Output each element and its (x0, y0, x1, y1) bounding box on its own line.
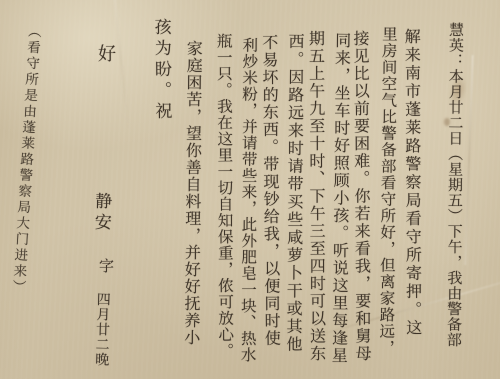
letter-closing-column: 孩为盼。祝 (151, 18, 169, 123)
signature-name: 静安 (92, 192, 110, 234)
letter-column: 接见比以前要困难。你若来看我，要和舅母 (352, 30, 370, 363)
paper-crease (113, 0, 130, 130)
letter-column: 解来南市蓬莱路警察局看守所寄押。这 (403, 28, 421, 337)
letter-paper: 慧英：本月廿二日（星期五）下午，我由警备部 解来南市蓬莱路警察局看守所寄押。这 … (0, 0, 500, 379)
letter-column: 里房间空气比警备部看守所好，但离家路远， (377, 26, 395, 356)
letter-column: 慧英：本月廿二日（星期五）下午，我由警备部 (446, 22, 463, 348)
letter-column: 瓶一只。我在这里一切自知保重，侬可放心。 (215, 33, 232, 359)
signature-word: 字 (98, 258, 113, 273)
letter-column: 家庭困苦，望你善自料理，并好好抚养小 (183, 40, 202, 346)
letter-column: 利炒米粉，并请带些来，此外肥皂一块、热水 (239, 37, 256, 363)
signature-date: 四月廿二晚 (94, 292, 110, 367)
letter-column: 不易坏的东西。带现钞给我，以便同时使 (261, 34, 280, 347)
letter-greeting: 好 (96, 44, 114, 62)
letter-column: 期五上午九至十时、下午三至四时可以送东 (307, 30, 324, 363)
letter-column: 同来，坐车时好照顾小孩。听说这里每逢星 (330, 32, 349, 365)
letter-column: 西。因路远来时请带买些咸萝卜干或其他 (285, 33, 303, 354)
margin-annotation: （看守所是由蓬莱路警察局大门进来） (9, 24, 39, 296)
